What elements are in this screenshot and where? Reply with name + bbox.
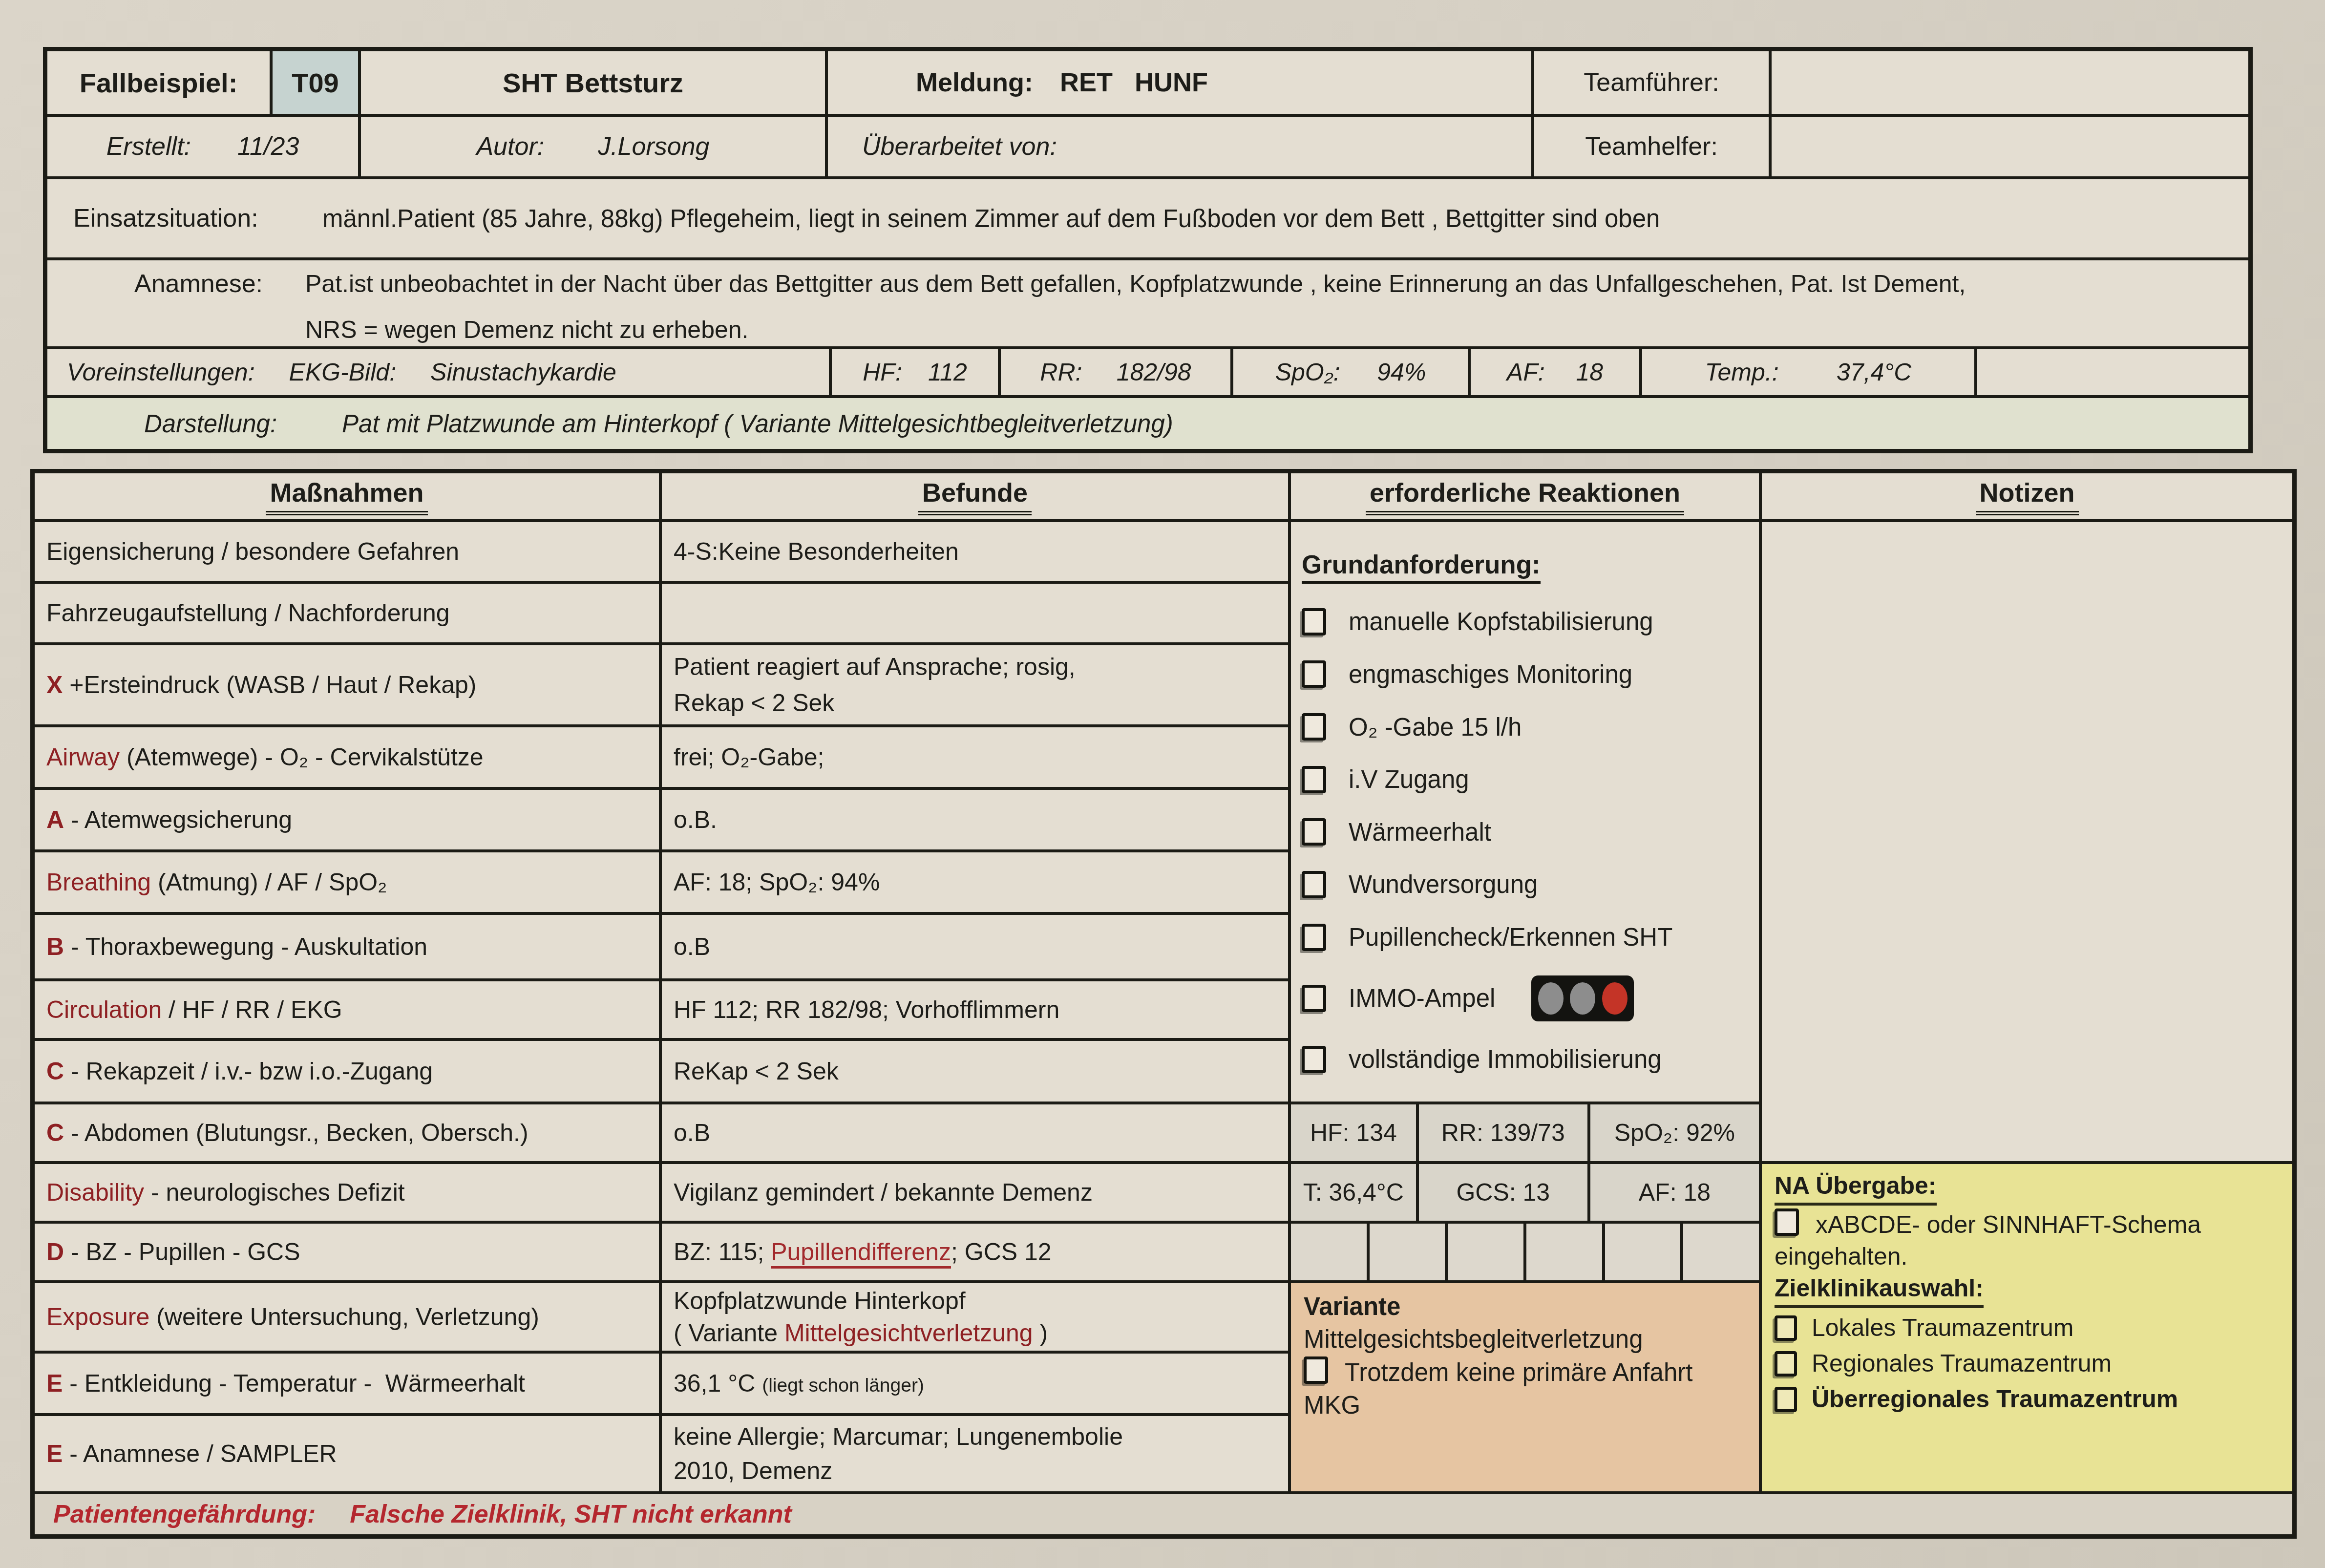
voreinstellungen-cell: Voreinstellungen: EKG-Bild: Sinustachyka… xyxy=(47,349,829,395)
blank-cell[interactable] xyxy=(1605,1224,1681,1280)
befund-disability: Vigilanz gemindert / bekannte Demenz xyxy=(662,1164,1288,1221)
befund-circulation: HF 112; RR 182/98; Vorhofflimmern xyxy=(662,981,1288,1038)
grundanforderung-label: Grundanforderung: xyxy=(1302,550,1541,584)
reaction-item: Wundversorgung xyxy=(1302,870,1748,899)
scanned-case-sheet: Fallbeispiel: T09 SHT Bettsturz Meldung:… xyxy=(0,0,2325,1568)
checkbox-icon[interactable] xyxy=(1302,871,1326,898)
teamhelfer-label: Teamhelfer: xyxy=(1534,117,1769,176)
variante-check-item: Trotzdem keine primäre Anfahrt MKG xyxy=(1304,1356,1746,1422)
reaction-item-label: O₂ -Gabe 15 l/h xyxy=(1349,713,1522,742)
befund-rekapzeit: ReKap < 2 Sek xyxy=(662,1041,1288,1102)
zielklinik-option-label: Lokales Traumazentrum xyxy=(1812,1312,2073,1344)
checkbox-icon[interactable] xyxy=(1302,713,1326,741)
vital-temp2: T: 36,4°C xyxy=(1291,1164,1416,1221)
blank-cell[interactable] xyxy=(1448,1224,1523,1280)
massnahme-breathing: Breathing (Atmung) / AF / SpO₂ xyxy=(35,852,659,912)
anamnese-label: Anamnese: xyxy=(61,269,305,298)
befund-ersteindruck: Patient reagiert auf Ansprache; rosig,Re… xyxy=(662,645,1288,724)
massnahme-rekapzeit: C - Rekapzeit / i.v.- bzw i.o.-Zugang xyxy=(35,1041,659,1102)
vital-hf2: HF: 134 xyxy=(1291,1104,1416,1161)
massnahme-circulation: Circulation / HF / RR / EKG xyxy=(35,981,659,1038)
einsatzsituation-text: männl.Patient (85 Jahre, 88kg) Pflegehei… xyxy=(322,204,2235,233)
checkbox-icon[interactable] xyxy=(1302,1046,1326,1073)
reaction-item-immo-ampel: IMMO-Ampel xyxy=(1302,975,1748,1021)
reaction-item: O₂ -Gabe 15 l/h xyxy=(1302,713,1748,742)
befund-fahrzeugaufstellung[interactable] xyxy=(662,584,1288,642)
reaction-item: Pupillencheck/Erkennen SHT xyxy=(1302,923,1748,952)
patientengefaehrdung-label: Patientengefährdung: xyxy=(53,1500,316,1529)
reaction-item: i.V Zugang xyxy=(1302,765,1748,794)
reaction-item-label: engmaschiges Monitoring xyxy=(1349,660,1632,689)
reactions-checklist: Grundanforderung: manuelle Kopfstabilisi… xyxy=(1291,522,1759,1102)
befund-entkleidung: 36,1 °C (liegt schon länger) xyxy=(662,1354,1288,1413)
reaction-item: Wärmeerhalt xyxy=(1302,818,1748,847)
blank-cell[interactable] xyxy=(1291,1224,1367,1280)
teamhelfer-field[interactable] xyxy=(1772,117,2248,176)
checkbox-icon[interactable] xyxy=(1775,1387,1797,1412)
column-header-befunde: Befunde xyxy=(662,473,1288,519)
reaction-item-label: i.V Zugang xyxy=(1349,765,1469,794)
befund-breathing: AF: 18; SpO₂: 94% xyxy=(662,852,1288,912)
darstellung-text: Pat mit Platzwunde am Hinterkopf ( Varia… xyxy=(342,409,1173,438)
massnahme-eigensicherung: Eigensicherung / besondere Gefahren xyxy=(35,522,659,581)
ueberarbeitet-label: Überarbeitet von: xyxy=(828,117,1531,176)
anamnese-row: Anamnese: Pat.ist unbeobachtet in der Na… xyxy=(47,260,2248,346)
case-title: SHT Bettsturz xyxy=(361,51,825,114)
massnahme-disability: Disability - neurologisches Defizit xyxy=(35,1164,659,1221)
traffic-light-dot-gray xyxy=(1538,982,1564,1015)
voreinstellungen-row: Voreinstellungen: EKG-Bild: Sinustachyka… xyxy=(47,349,2248,395)
column-header-massnahmen: Maßnahmen xyxy=(35,473,659,519)
vital-temp: Temp.:37,4°C xyxy=(1642,349,1974,395)
checkbox-icon[interactable] xyxy=(1302,985,1326,1012)
reaction-item-label: Pupillencheck/Erkennen SHT xyxy=(1349,923,1672,952)
variante-check-label2: MKG xyxy=(1304,1389,1746,1421)
blank-cell[interactable] xyxy=(1370,1224,1445,1280)
empty-vitals-cells xyxy=(1291,1224,1759,1280)
massnahme-bz-pupillen-gcs: D - BZ - Pupillen - GCS xyxy=(35,1224,659,1280)
befund-exposure: Kopfplatzwunde Hinterkopf ( Variante Mit… xyxy=(662,1283,1288,1351)
massnahme-fahrzeugaufstellung: Fahrzeugaufstellung / Nachforderung xyxy=(35,584,659,642)
fallbeispiel-label: Fallbeispiel: xyxy=(47,51,270,114)
zielklinik-option-label: Überregionales Traumazentrum xyxy=(1812,1383,2178,1415)
checkbox-icon[interactable] xyxy=(1302,608,1326,636)
header-table: Fallbeispiel: T09 SHT Bettsturz Meldung:… xyxy=(43,47,2253,453)
meldung-label: Meldung: xyxy=(916,67,1033,98)
variante-subtitle: Mittelgesichtsbegleitverletzung xyxy=(1304,1323,1746,1356)
na-uebergabe-label: NA Übergabe: xyxy=(1775,1170,1937,1206)
teamfuehrer-label: Teamführer: xyxy=(1534,51,1769,114)
voreinstellungen-label: Voreinstellungen: xyxy=(67,358,255,386)
massnahme-thorax: B - Thoraxbewegung - Auskultation xyxy=(35,915,659,978)
zielklinik-option: Regionales Traumazentrum xyxy=(1775,1348,2280,1379)
zielklinik-option-label: Regionales Traumazentrum xyxy=(1812,1348,2112,1379)
zielklinik-option: Überregionales Traumazentrum xyxy=(1775,1383,2280,1415)
darstellung-label: Darstellung: xyxy=(61,409,342,438)
na-check-label2: eingehalten. xyxy=(1775,1241,2280,1272)
vital-hf: HF:112 xyxy=(832,349,998,395)
checkbox-icon[interactable] xyxy=(1302,818,1326,846)
case-id: T09 xyxy=(273,51,358,114)
befund-bz-pupillen-gcs: BZ: 115; Pupillendifferenz; GCS 12 xyxy=(662,1224,1288,1280)
befund-eigensicherung: 4-S:Keine Besonderheiten xyxy=(662,522,1288,581)
erstellt-cell: Erstellt: 11/23 xyxy=(47,117,358,176)
patientengefaehrdung-row: Patientengefährdung: Falsche Zielklinik,… xyxy=(35,1494,2292,1534)
befund-abdomen: o.B xyxy=(662,1104,1288,1161)
checkbox-icon[interactable] xyxy=(1302,924,1326,951)
vital-rr2: RR: 139/73 xyxy=(1419,1104,1587,1161)
reassess-vitals-row1: HF: 134 RR: 139/73 SpO₂: 92% xyxy=(1291,1104,1759,1161)
reaction-item-label: IMMO-Ampel xyxy=(1349,984,1495,1013)
massnahme-exposure: Exposure (weitere Untersuchung, Verletzu… xyxy=(35,1283,659,1351)
meldung-value: RET HUNF xyxy=(1060,67,1208,98)
vitals-spacer xyxy=(1977,349,2248,395)
checkbox-icon[interactable] xyxy=(1302,766,1326,793)
anamnese-text: Pat.ist unbeobachtet in der Nacht über d… xyxy=(305,269,2235,344)
massnahme-ersteindruck: X +Ersteindruck (WASB / Haut / Rekap) xyxy=(35,645,659,724)
autor-cell: Autor: J.Lorsong xyxy=(361,117,825,176)
traffic-light-dot-red xyxy=(1602,982,1627,1015)
darstellung-row: Darstellung: Pat mit Platzwunde am Hinte… xyxy=(47,398,2248,449)
massnahme-abdomen: C - Abdomen (Blutungsr., Becken, Obersch… xyxy=(35,1104,659,1161)
column-header-notizen: Notizen xyxy=(1762,473,2292,519)
reaction-item: engmaschiges Monitoring xyxy=(1302,660,1748,689)
reaction-item-label: manuelle Kopfstabilisierung xyxy=(1349,607,1653,636)
autor-value: J.Lorsong xyxy=(598,132,709,161)
befund-airway: frei; O₂-Gabe; xyxy=(662,727,1288,787)
einsatzsituation-row: Einsatzsituation: männl.Patient (85 Jahr… xyxy=(47,179,2248,257)
massnahme-airway: Airway (Atemwege) - O₂ - Cervikalstütze xyxy=(35,727,659,787)
na-uebergabe-block: NA Übergabe: xABCDE- oder SINNHAFT-Schem… xyxy=(1762,1164,2292,1491)
notes-blank-area xyxy=(1762,522,2292,1161)
meldung-cell: Meldung: RET HUNF xyxy=(828,51,1531,114)
blank-cell[interactable] xyxy=(1526,1224,1602,1280)
reaction-item: manuelle Kopfstabilisierung xyxy=(1302,607,1748,636)
blank-cell[interactable] xyxy=(1683,1224,1759,1280)
zielklinik-option: Lokales Traumazentrum xyxy=(1775,1312,2280,1344)
checkbox-icon[interactable] xyxy=(1304,1356,1328,1384)
vital-spo2-2: SpO₂: 92% xyxy=(1590,1104,1759,1161)
traffic-light-icon xyxy=(1531,975,1634,1021)
variante-block: Variante Mittelgesichtsbegleitverletzung… xyxy=(1291,1283,1759,1491)
vital-af2: AF: 18 xyxy=(1590,1164,1759,1221)
vital-gcs: GCS: 13 xyxy=(1419,1164,1587,1221)
vital-spo2: SpO₂:94% xyxy=(1233,349,1468,395)
variante-title: Variante xyxy=(1304,1290,1746,1323)
reaction-item-label: Wärmeerhalt xyxy=(1349,818,1491,847)
befund-sampler: keine Allergie; Marcumar; Lungenembolie2… xyxy=(662,1416,1288,1491)
autor-label: Autor: xyxy=(476,132,544,161)
erstellt-label: Erstellt: xyxy=(106,132,191,161)
na-check-label: xABCDE- oder SINNHAFT-Schema xyxy=(1816,1211,2201,1238)
einsatzsituation-label: Einsatzsituation: xyxy=(61,204,322,233)
vital-rr: RR:182/98 xyxy=(1001,349,1230,395)
main-table: Maßnahmen Befunde erforderliche Reaktion… xyxy=(30,469,2297,1539)
reaction-item-label: Wundversorgung xyxy=(1349,870,1538,899)
checkbox-icon[interactable] xyxy=(1775,1208,1799,1236)
reassess-vitals-row2: T: 36,4°C GCS: 13 AF: 18 xyxy=(1291,1164,1759,1221)
massnahme-sampler: E - Anamnese / SAMPLER xyxy=(35,1416,659,1491)
traffic-light-dot-gray xyxy=(1570,982,1595,1015)
befund-atemwegsicherung: o.B. xyxy=(662,790,1288,849)
teamfuehrer-field[interactable] xyxy=(1772,51,2248,114)
checkbox-icon[interactable] xyxy=(1302,660,1326,688)
checkbox-icon[interactable] xyxy=(1775,1351,1797,1377)
reaction-item-label: vollständige Immobilisierung xyxy=(1349,1045,1662,1074)
befund-thorax: o.B xyxy=(662,915,1288,978)
zielklinik-label: Zielklinikauswahl: xyxy=(1775,1272,1984,1308)
erstellt-value: 11/23 xyxy=(237,132,299,161)
massnahme-atemwegsicherung: A - Atemwegsicherung xyxy=(35,790,659,849)
column-header-reaktionen: erforderliche Reaktionen xyxy=(1291,473,1759,519)
variante-check-label: Trotzdem keine primäre Anfahrt xyxy=(1345,1358,1692,1386)
massnahme-entkleidung: E - Entkleidung - Temperatur - Wärmeerha… xyxy=(35,1354,659,1413)
vital-af: AF:18 xyxy=(1471,349,1639,395)
patientengefaehrdung-text: Falsche Zielklinik, SHT nicht erkannt xyxy=(350,1500,791,1529)
na-check-item: xABCDE- oder SINNHAFT-Schema eingehalten… xyxy=(1775,1208,2280,1272)
reaction-item: vollständige Immobilisierung xyxy=(1302,1045,1748,1074)
ekg-value: Sinustachykardie xyxy=(430,358,616,386)
checkbox-icon[interactable] xyxy=(1775,1315,1797,1341)
ekg-label: EKG-Bild: xyxy=(289,358,397,386)
